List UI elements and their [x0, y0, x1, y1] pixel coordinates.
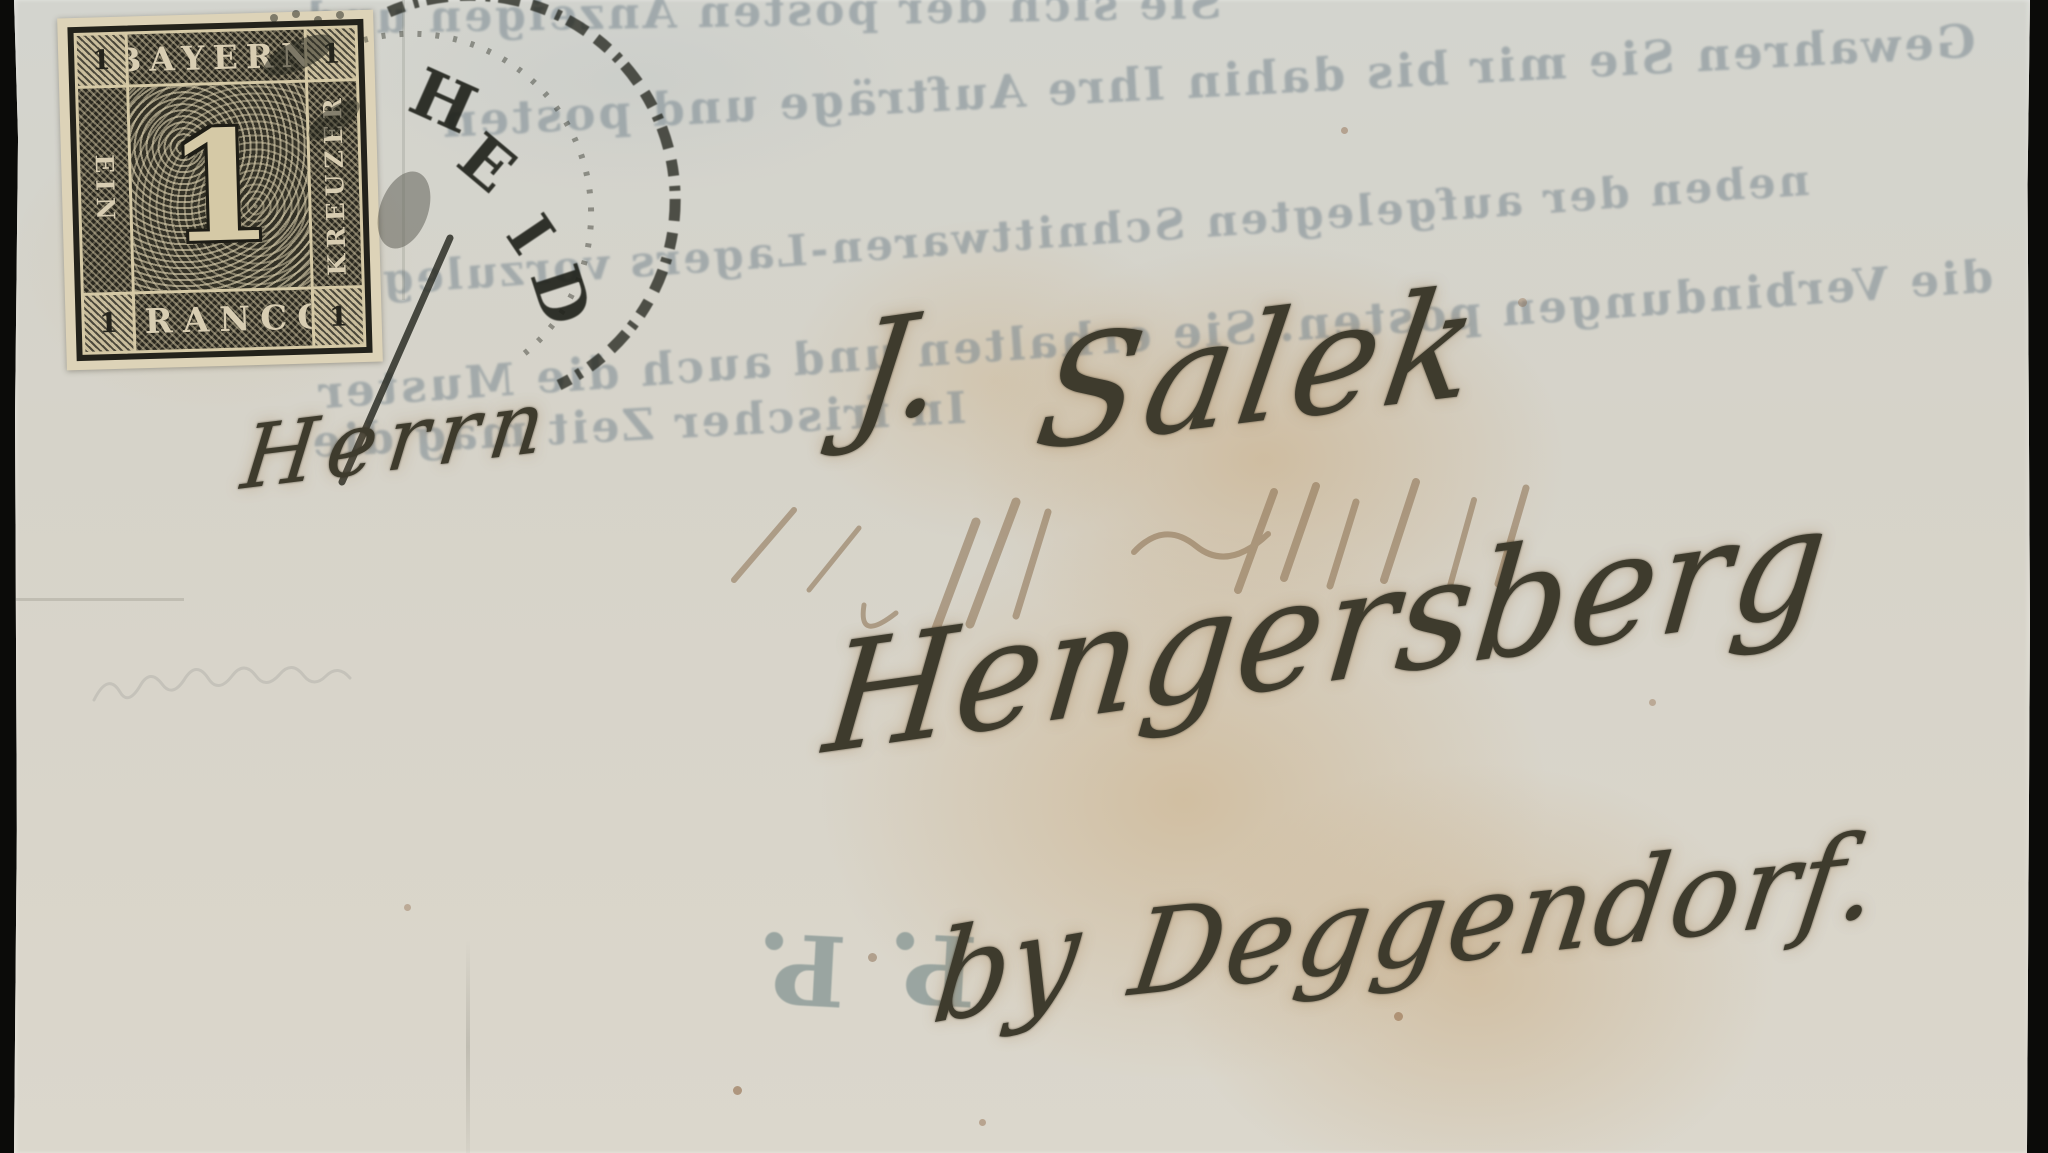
pencil-note-squiggle — [89, 640, 369, 740]
photo-of-postal-cover: Sie sich der posten Anzeigen und Gewahre… — [0, 0, 2048, 1153]
foxing-spots — [14, 0, 19, 5]
fold-crease — [14, 598, 184, 601]
stamp-corner-numeral: 1 — [77, 35, 126, 86]
pp-mark: P. — [753, 910, 849, 1028]
address-district-prefix: by — [927, 880, 1087, 1052]
cover-paper: Sie sich der posten Anzeigen und Gewahre… — [14, 0, 2030, 1153]
address-surname: Salek — [1026, 254, 1495, 485]
address-district: Deggendorf. — [1123, 808, 1889, 1024]
fold-crease — [466, 940, 470, 1153]
stamp-left-band: EIN — [78, 88, 132, 293]
stamp-corner-numeral: 1 — [84, 295, 134, 352]
